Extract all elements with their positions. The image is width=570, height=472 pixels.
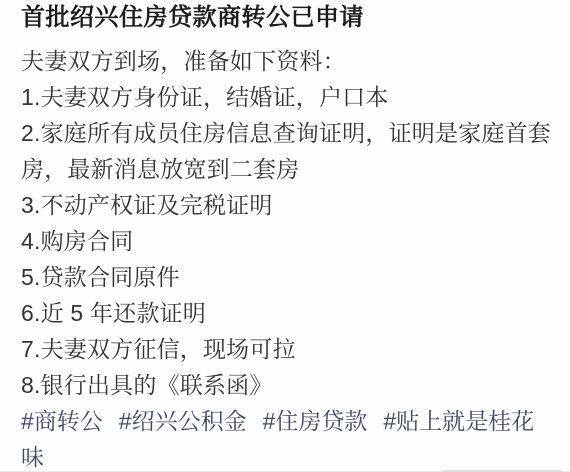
checklist-item: 5.贷款合同原件 [21,259,552,295]
post-checklist: 1.夫妻双方身份证，结婚证，户口本2.家庭所有成员住房信息查询证明，证明是家庭首… [21,79,552,403]
post-intro: 夫妻双方到场，准备如下资料： [21,43,552,79]
checklist-item: 8.银行出具的《联系函》 [21,367,552,403]
checklist-item: 4.购房合同 [21,223,552,259]
checklist-item: 3.不动产权证及完税证明 [21,187,552,223]
hashtag-link[interactable]: #绍兴公积金 [119,408,247,434]
checklist-item: 1.夫妻双方身份证，结婚证，户口本 [21,79,552,115]
hashtag-link[interactable]: #住房贷款 [263,408,368,434]
post-article: 首批绍兴住房贷款商转公已申请 夫妻双方到场，准备如下资料： 1.夫妻双方身份证，… [0,0,570,472]
post-title: 首批绍兴住房贷款商转公已申请 [21,1,552,35]
checklist-item: 7.夫妻双方征信，现场可拉 [21,331,552,367]
checklist-item: 6.近 5 年还款证明 [21,295,552,331]
checklist-item: 2.家庭所有成员住房信息查询证明，证明是家庭首套房，最新消息放宽到二套房 [21,115,552,187]
hashtag-link[interactable]: #商转公 [21,408,103,434]
hashtag-row: #商转公#绍兴公积金#住房贷款#贴上就是桂花味 [21,403,552,472]
